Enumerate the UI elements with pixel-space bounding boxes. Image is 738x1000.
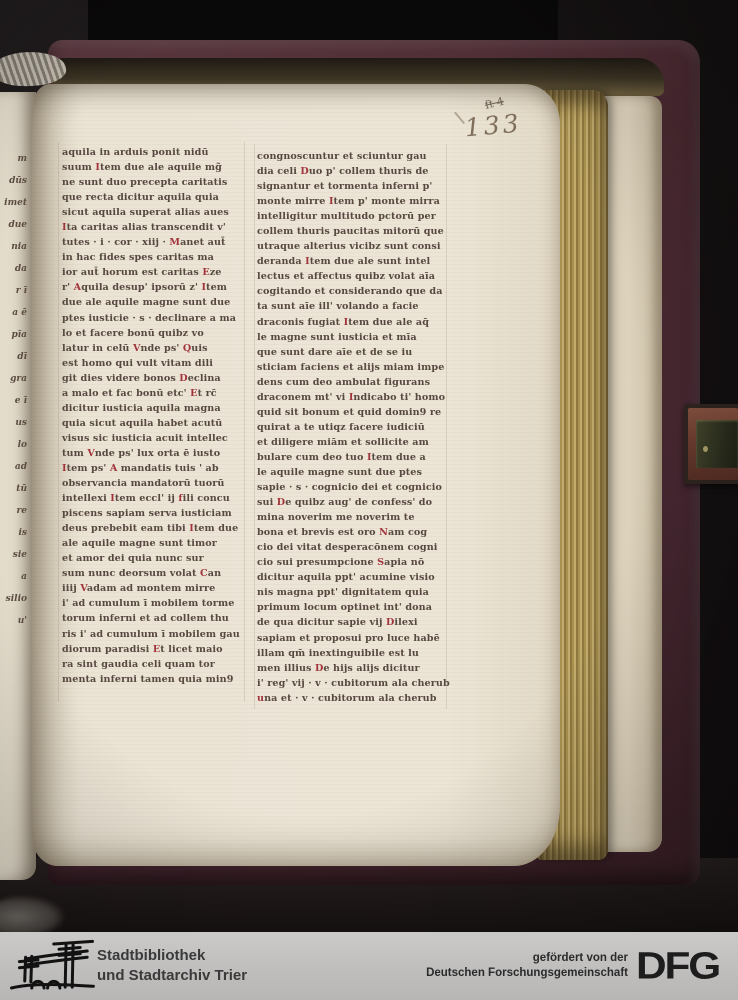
manuscript-text-line: ptes iusticie · s · declinare a ma (62, 311, 246, 326)
manuscript-text-line: sapiam et proposui pro luce habē (257, 631, 447, 646)
ink-text: tem (206, 282, 227, 293)
ink-text: tutes · i · cor · xiij · (62, 237, 169, 248)
manuscript-page: ft 4 133 aquila in arduis ponit nidūsuum… (32, 84, 560, 866)
rubricated-initial: V (80, 583, 87, 594)
ink-text: nde ps' lux orta ē iusto (95, 448, 220, 459)
ink-text: anet aut̄ (180, 237, 226, 248)
rubricated-initial: Q (183, 343, 191, 354)
manuscript-text-line: tutes · i · cor · xiij · Manet aut̄ (62, 235, 246, 250)
ink-text: sicut aquila superat alias aues (62, 207, 229, 218)
manuscript-text-line: congnoscuntur et sciuntur gau (257, 149, 447, 164)
manuscript-text-line: primum locum optinet int' dona (257, 600, 447, 615)
ink-text: draconis fugiat (257, 317, 344, 328)
ink-text: observancia mandatorū tuorū (62, 478, 224, 489)
manuscript-text-line: collem thuris paucitas mitorū que (257, 224, 447, 239)
gutter-text-fragment: silio (4, 588, 27, 610)
manuscript-text-line: cio dei vitat desperacōnem cogni (257, 540, 447, 555)
ink-text: est homo qui vult vitam dili (62, 358, 213, 369)
ink-text: deranda (257, 256, 305, 267)
manuscript-text-line: mina noverim me noverim te (257, 510, 447, 525)
gutter-text-fragment: r ī (4, 280, 27, 302)
manuscript-text-line: ale aquile magne sunt timor (62, 536, 246, 551)
ink-text: quila desup' ipsorū z' (81, 282, 201, 293)
ink-text: de qua dicitur sapie vij (257, 617, 386, 628)
gutter-text-fragment: us (4, 412, 27, 434)
ink-text: deus prebebit eam tibi (62, 523, 189, 534)
ink-text: men illius (257, 663, 315, 674)
ink-text: adam ad montem mirre (87, 583, 215, 594)
ink-text: intelligitur multitudo pctorū per (257, 211, 436, 222)
ink-text: quirat a te utiqz facere iudiciū (257, 422, 425, 433)
ink-text: mina noverim me noverim te (257, 512, 415, 523)
ink-text: tum (62, 448, 87, 459)
manuscript-text-line: una et · v · cubitorum ala cherub (257, 691, 447, 706)
manuscript-text-line: Item ps' A mandatis tuis ' ab (62, 461, 246, 476)
ruling-line (58, 142, 59, 702)
ink-text: sapie · s · cognicio dei et cognicio (257, 482, 442, 493)
endpaper-strip (600, 96, 662, 852)
ink-text: ris i' ad cumulum ī mobilem gau (62, 629, 240, 640)
manuscript-text-line: est homo qui vult vitam dili (62, 356, 246, 371)
ink-text: ta caritas alias transcendit v' (67, 222, 226, 233)
ink-text: tem due ale aquile mg̃ (100, 162, 222, 173)
manuscript-text-line: et diligere miām et sollicite am (257, 435, 447, 450)
rubricated-initial: D (277, 497, 285, 508)
gutter-text-fragment: dī (4, 346, 27, 368)
clasp-strap (684, 404, 738, 484)
manuscript-text-line: intelligitur multitudo pctorū per (257, 209, 447, 224)
manuscript-text-line: ta sunt aīe ill' volando a facie (257, 299, 447, 314)
ink-text: eclina (188, 373, 221, 384)
manuscript-column-right: congnoscuntur et sciuntur gaudia celi Du… (257, 149, 447, 706)
manuscript-text-line: r' Aquila desup' ipsorū z' Item (62, 280, 246, 295)
ink-text: git dies videre bonos (62, 373, 179, 384)
manuscript-text-line: ra sint gaudia celi quam tor (62, 657, 246, 672)
manuscript-text-line: de qua dicitur sapie vij Dilexi (257, 615, 447, 630)
manuscript-text-line: ne sunt duo precepta caritatis (62, 175, 246, 190)
manuscript-text-line: tum Vnde ps' lux orta ē iusto (62, 446, 246, 461)
ink-text: visus sic iusticia acuit intellec (62, 433, 228, 444)
funding-line1: gefördert von der (426, 951, 628, 966)
gutter-text-fragment: m (4, 148, 27, 170)
manuscript-text-line: signantur et tormenta inferni p' (257, 179, 447, 194)
manuscript-text-line: sapie · s · cognicio dei et cognicio (257, 480, 447, 495)
ink-text: le aquile magne sunt due ptes (257, 467, 422, 478)
manuscript-text-line: quirat a te utiqz facere iudiciū (257, 420, 447, 435)
manuscript-text-line: utraque alterius vicibz sunt consi (257, 239, 447, 254)
ink-text: ilexi (394, 617, 417, 628)
ink-text: am cog (388, 527, 427, 538)
rubricated-initial: D (179, 373, 187, 384)
rubricated-initial: E (190, 388, 197, 399)
manuscript-text-line: illam qm̄ inextinguibile est lu (257, 646, 447, 661)
ink-text: quia sicut aquila habet acutū (62, 418, 222, 429)
ink-text: due ale aquile magne sunt due (62, 297, 230, 308)
ink-text: lectus et affectus quibz volat aīa (257, 271, 435, 282)
ink-text: piscens sapiam serva iusticiam (62, 508, 232, 519)
ink-text: ta sunt aīe ill' volando a facie (257, 301, 419, 312)
manuscript-text-line: nis magna ppt' dignitatem quia (257, 585, 447, 600)
ink-text: draconem mt' vi (257, 392, 349, 403)
manuscript-text-line: dens cum deo ambulat figurans (257, 375, 447, 390)
ink-text: latur in celū (62, 343, 133, 354)
manuscript-text-line: le aquile magne sunt due ptes (257, 465, 447, 480)
manuscript-text-line: et amor dei quia nunc sur (62, 551, 246, 566)
manuscript-text-line: men illius De hijs alijs dicitur (257, 661, 447, 676)
ink-text: que sunt dare aīe et de se iu (257, 347, 412, 358)
ink-text: e quibz aug' de confess' do (285, 497, 432, 508)
manuscript-text-line: iiij Vadam ad montem mirre (62, 581, 246, 596)
ink-text: e hijs alijs dicitur (323, 663, 419, 674)
rubricated-initial: N (379, 527, 388, 538)
rubricated-initial: E (202, 267, 209, 278)
gutter-text-fragment: tū (4, 478, 27, 500)
gutter-text-fragment: nia (4, 236, 27, 258)
rubricated-initial: M (169, 237, 180, 248)
library-name-line1: Stadtbibliothek (97, 946, 247, 966)
gutter-text-fragment: gra (4, 368, 27, 390)
manuscript-text-line: sum nunc deorsum volat Can (62, 566, 246, 581)
library-name: Stadtbibliothek und Stadtarchiv Trier (97, 946, 247, 986)
manuscript-text-line: i' ad cumulum ī mobilem torme (62, 596, 246, 611)
dfg-logo: DFG (636, 933, 738, 998)
gutter-text-fragment: due (4, 214, 27, 236)
ink-text: dicitur aquila ppt' acumine visio (257, 572, 435, 583)
ink-text: nis magna ppt' dignitatem quia (257, 587, 429, 598)
ink-text: ptes iusticie · s · declinare a ma (62, 313, 236, 324)
ink-text: utraque alterius vicibz sunt consi (257, 241, 441, 252)
manuscript-text-line: dicitur iusticia aquila magna (62, 401, 246, 416)
ink-text: intellexi (62, 493, 110, 504)
ink-text: sui (257, 497, 277, 508)
facing-page-sliver: mdūsimetdueniadar īa ēpīadīgrae īusloadt… (0, 92, 36, 880)
manuscript-text-line: aquila in arduis ponit nidū (62, 145, 246, 160)
gutter-text-fragment: is (4, 522, 27, 544)
manuscript-text-line: deus prebebit eam tibi Item due (62, 521, 246, 536)
ink-text: in hac fides spes caritas ma (62, 252, 214, 263)
ink-text: cogitando et considerando que da (257, 286, 443, 297)
manuscript-text-line: diorum paradisi Et licet maio (62, 642, 246, 657)
manuscript-text-line: a malo et fac bonū etc' Et rc̄ (62, 386, 246, 401)
ink-text: ra sint gaudia celi quam tor (62, 659, 215, 670)
manuscript-text-line: le magne sunt iusticia et mīa (257, 330, 447, 345)
ink-text: an (208, 568, 221, 579)
manuscript-text-line: monte mirre Item p' monte mirra (257, 194, 447, 209)
ink-text: a malo et fac bonū etc' (62, 388, 190, 399)
ink-text: bulare cum deo tuo (257, 452, 367, 463)
gutter-text-fragment: re (4, 500, 27, 522)
ink-text: lo et facere bonū quibz vo (62, 328, 204, 339)
library-name-line2: und Stadtarchiv Trier (97, 966, 247, 986)
ink-text: que recta dicitur aquila quia (62, 192, 219, 203)
manuscript-text-line: menta inferni tamen quia min9 (62, 672, 246, 687)
ruling-line (254, 144, 255, 709)
manuscript-text-line: cogitando et considerando que da (257, 284, 447, 299)
ink-text: tem p' monte mirra (334, 196, 440, 207)
gutter-text-fragment: da (4, 258, 27, 280)
ink-text: menta inferni tamen quia min9 (62, 674, 234, 685)
manuscript-text-line: sicut aquila superat alias aues (62, 205, 246, 220)
manuscript-text-line: observancia mandatorū tuorū (62, 476, 246, 491)
manuscript-text-line: suum Item due ale aquile mg̃ (62, 160, 246, 175)
page-number: 133 (464, 109, 523, 143)
manuscript-text-line: deranda Item due ale sunt intel (257, 254, 447, 269)
ink-text: et amor dei quia nunc sur (62, 553, 204, 564)
manuscript-text-line: piscens sapiam serva iusticiam (62, 506, 246, 521)
ink-text: signantur et tormenta inferni p' (257, 181, 432, 192)
ink-text: congnoscuntur et sciuntur gau (257, 151, 427, 162)
manuscript-text-line: lectus et affectus quibz volat aīa (257, 269, 447, 284)
ink-text: tem ps' (67, 463, 110, 474)
ink-text: aquila in arduis ponit nidū (62, 147, 209, 158)
rubricated-initial: C (200, 568, 208, 579)
ink-text: iiij (62, 583, 80, 594)
ink-text: tem due a (372, 452, 426, 463)
ink-text: quid sit bonum et quid domin9 re (257, 407, 441, 418)
ink-text: suum (62, 162, 95, 173)
ink-text: sum nunc deorsum volat (62, 568, 200, 579)
ink-text: collem thuris paucitas mitorū que (257, 226, 444, 237)
manuscript-text-line: quia sicut aquila habet acutū (62, 416, 246, 431)
ink-text: bona et brevis est oro (257, 527, 379, 538)
ink-text: tem eccl' ij (115, 493, 179, 504)
ink-text: tem due ale sunt intel (310, 256, 431, 267)
manuscript-text-line: latur in celū Vnde ps' Quis (62, 341, 246, 356)
manuscript-text-line: git dies videre bonos Declina (62, 371, 246, 386)
gutter-text-fragment: a ē (4, 302, 27, 324)
manuscript-text-line: bona et brevis est oro Nam cog (257, 525, 447, 540)
manuscript-text-line: Ita caritas alias transcendit v' (62, 220, 246, 235)
ink-text: i' reg' vij · v · cubitorum ala cherub (257, 678, 450, 689)
manuscript-text-line: torum inferni et ad collem thu (62, 611, 246, 626)
folio-number-block: ft 4 133 (462, 90, 523, 143)
manuscript-text-line: dia celi Duo p' collem thuris de (257, 164, 447, 179)
gutter-text-fragment: e ī (4, 390, 27, 412)
manuscript-text-line: lo et facere bonū quibz vo (62, 326, 246, 341)
ink-text: na et · v · cubitorum ala cherub (264, 693, 436, 704)
ink-text: apia nō (384, 557, 424, 568)
manuscript-text-line: bulare cum deo tuo Item due a (257, 450, 447, 465)
gutter-text-fragment: a (4, 566, 27, 588)
manuscript-text-line: i' reg' vij · v · cubitorum ala cherub (257, 676, 447, 691)
ink-text: mandatis tuis ' ab (117, 463, 218, 474)
manuscript-text-line: quid sit bonum et quid domin9 re (257, 405, 447, 420)
manuscript-text-line: ris i' ad cumulum ī mobilem gau (62, 627, 246, 642)
ink-text: ndicabo ti' homo (353, 392, 445, 403)
ink-text: torum inferni et ad collem thu (62, 613, 229, 624)
ink-text: cio sui presumpcione (257, 557, 377, 568)
rubricated-initial: V (87, 448, 95, 459)
ink-text: t rc̄ (198, 388, 217, 399)
ink-text: primum locum optinet int' dona (257, 602, 432, 613)
porta-nigra-logo-icon (8, 937, 96, 995)
ink-text: dia celi (257, 166, 300, 177)
manuscript-text-line: due ale aquile magne sunt due (62, 295, 246, 310)
manuscript-text-line: dicitur aquila ppt' acumine visio (257, 570, 447, 585)
ink-text: illam qm̄ inextinguibile est lu (257, 648, 419, 659)
gutter-fragment-column: mdūsimetdueniadar īa ēpīadīgrae īusloadt… (4, 148, 27, 632)
ink-text: monte mirre (257, 196, 329, 207)
gutter-text-fragment: pīa (4, 324, 27, 346)
gutter-text-fragment: ad (4, 456, 27, 478)
ink-text: cio dei vitat desperacōnem cogni (257, 542, 438, 553)
manuscript-column-left: aquila in arduis ponit nidūsuum Item due… (62, 145, 246, 687)
gutter-text-fragment: dūs (4, 170, 27, 192)
footer-bar: Stadtbibliothek und Stadtarchiv Trier ge… (0, 932, 738, 1000)
manuscript-text-line: draconem mt' vi Indicabo ti' homo (257, 390, 447, 405)
gutter-text-fragment: sie (4, 544, 27, 566)
ink-text: uis (191, 343, 207, 354)
manuscript-text-line: sui De quibz aug' de confess' do (257, 495, 447, 510)
manuscript-text-line: draconis fugiat Item due ale aq̄ (257, 315, 447, 330)
ink-text: t licet maio (160, 644, 222, 655)
ink-text: dens cum deo ambulat figurans (257, 377, 430, 388)
clasp-metal-fitting (696, 420, 738, 468)
ink-text: uo p' collem thuris de (309, 166, 429, 177)
rubricated-initial: D (300, 166, 308, 177)
manuscript-text-line: intellexi Item eccl' ij fili concu (62, 491, 246, 506)
ink-text: ale aquile magne sunt timor (62, 538, 217, 549)
ink-text: ili concu (183, 493, 230, 504)
gutter-text-fragment: u' (4, 610, 27, 632)
ink-text: i' ad cumulum ī mobilem torme (62, 598, 234, 609)
ink-text: r' (62, 282, 74, 293)
ink-text: ior aut̄ horum est caritas (62, 267, 202, 278)
manuscript-text-line: visus sic iusticia acuit intellec (62, 431, 246, 446)
manuscript-text-line: que recta dicitur aquila quia (62, 190, 246, 205)
manuscript-text-line: que sunt dare aīe et de se iu (257, 345, 447, 360)
gutter-text-fragment: lo (4, 434, 27, 456)
ink-text: diorum paradisi (62, 644, 153, 655)
ink-text: et diligere miām et sollicite am (257, 437, 429, 448)
manuscript-text-line: ior aut̄ horum est caritas Eze (62, 265, 246, 280)
ink-text: sapiam et proposui pro luce habē (257, 633, 440, 644)
ink-text: nde ps' (140, 343, 182, 354)
manuscript-text-line: sticiam faciens et alijs miam impe (257, 360, 447, 375)
funding-line2: Deutschen Forschungsgemeinschaft (426, 966, 628, 981)
funding-credit: gefördert von der Deutschen Forschungsge… (426, 951, 628, 980)
ink-text: ne sunt duo precepta caritatis (62, 177, 227, 188)
ink-text: tem due ale aq̄ (348, 317, 429, 328)
ink-text: le magne sunt iusticia et mīa (257, 332, 417, 343)
ink-text: tem due (194, 523, 239, 534)
manuscript-text-line: cio sui presumpcione Sapia nō (257, 555, 447, 570)
gutter-text-fragment: imet (4, 192, 27, 214)
ink-text: dicitur iusticia aquila magna (62, 403, 221, 414)
manuscript-text-line: in hac fides spes caritas ma (62, 250, 246, 265)
ink-text: sticiam faciens et alijs miam impe (257, 362, 444, 373)
ink-text: ze (210, 267, 222, 278)
